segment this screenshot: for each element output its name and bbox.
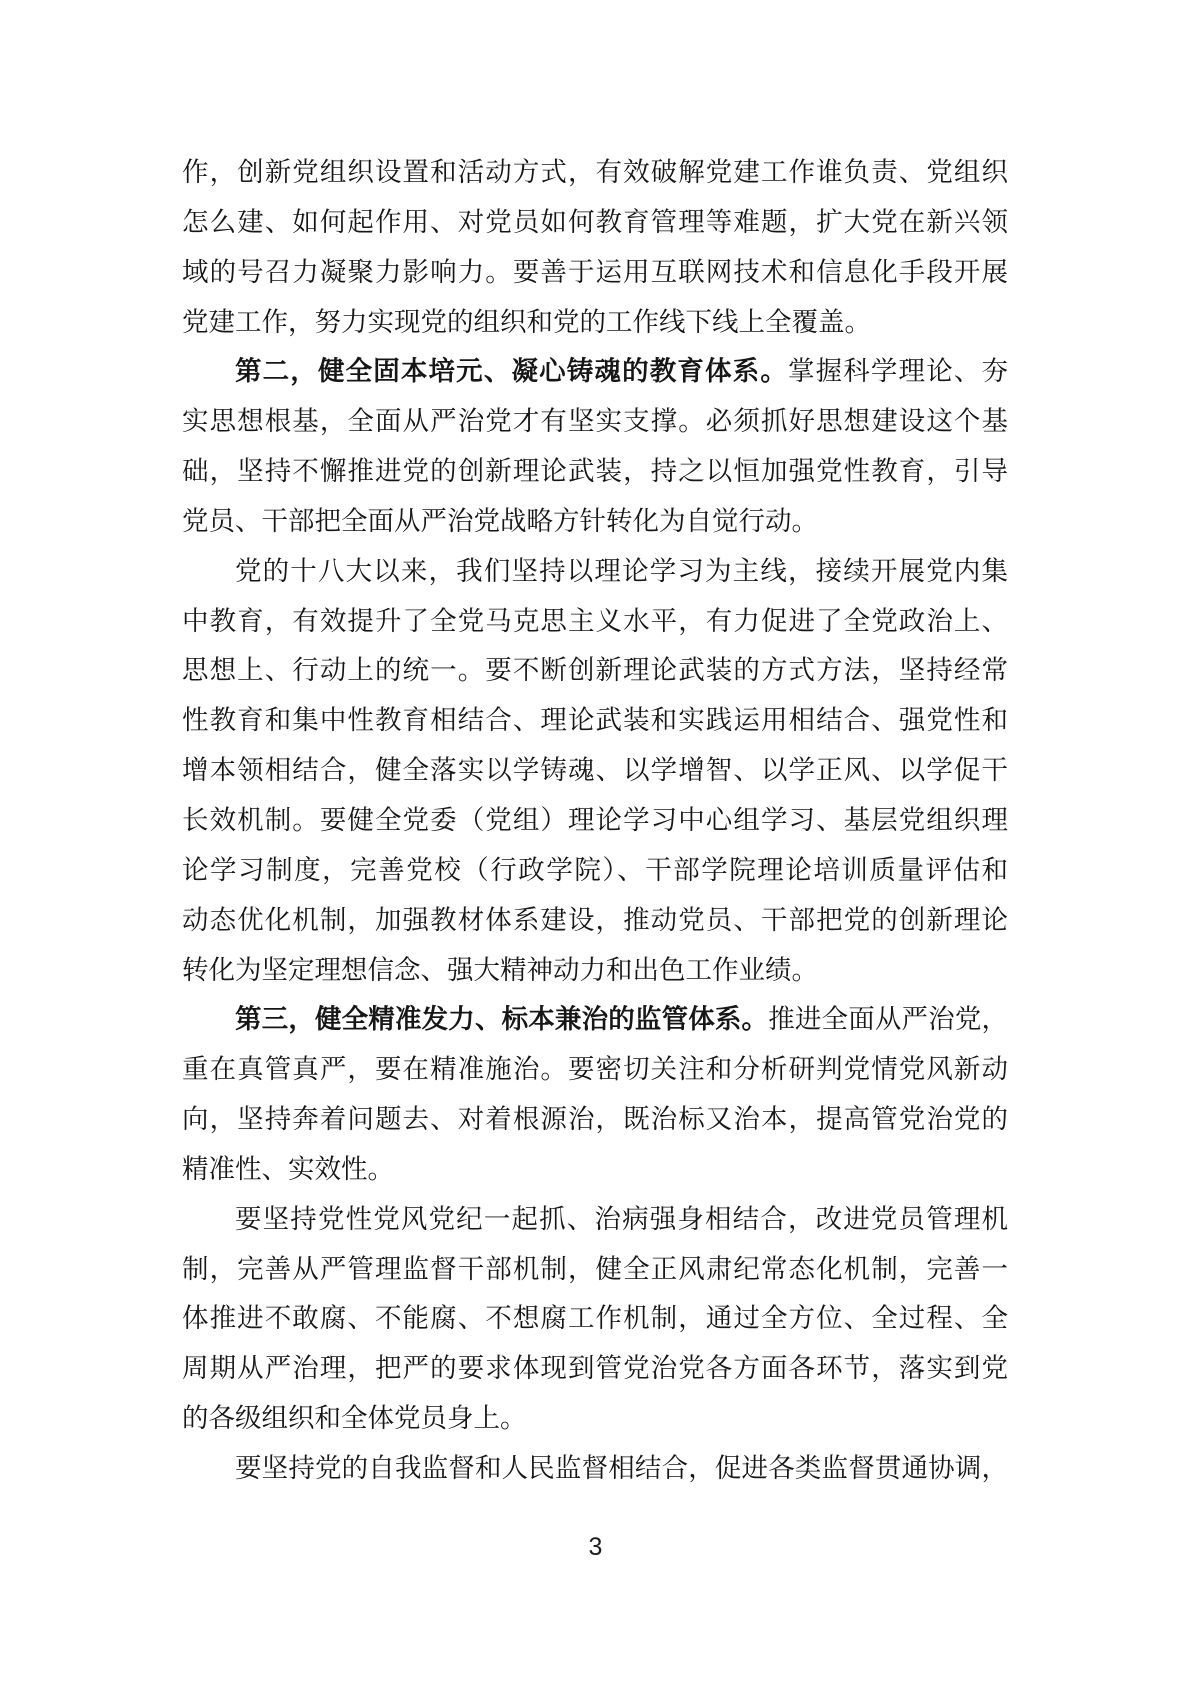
document-body: 作，创新党组织设置和活动方式，有效破解党建工作谁负责、党组织怎么建、如何起作用、…: [182, 148, 1008, 1494]
body-text-run: 体推进不敢腐、不能腐、不想腐工作机制，通过全方位、全过程、全: [182, 1303, 1008, 1333]
body-text-run: 域的号召力凝聚力影响力。要善于运用互联网技术和信息化手段开展: [182, 257, 1008, 287]
body-text-run: 要坚持党性党风党纪一起抓、治病强身相结合，改进党员管理机: [235, 1204, 1008, 1234]
body-text-run: 推进全面从严治党，: [768, 1004, 1008, 1034]
body-text-run: 转化为坚定理想信念、强大精神动力和出色工作业绩。: [182, 955, 818, 985]
text-line: 向，坚持奔着问题去、对着根源治，既治标又治本，提高管党治党的: [182, 1095, 1008, 1145]
body-text-run: 怎么建、如何起作用、对党员如何教育管理等难题，扩大党在新兴领: [182, 207, 1008, 237]
text-line: 周期从严治理，把严的要求体现到管党治党各方面各环节，落实到党: [182, 1344, 1008, 1394]
text-line: 第二，健全固本培元、凝心铸魂的教育体系。掌握科学理论、夯: [182, 347, 1008, 397]
body-text-run: 增本领相结合，健全落实以学铸魂、以学增智、以学正风、以学促干: [182, 755, 1008, 785]
body-text-run: 作，创新党组织设置和活动方式，有效破解党建工作谁负责、党组织: [182, 157, 1008, 187]
document-page: 作，创新党组织设置和活动方式，有效破解党建工作谁负责、党组织怎么建、如何起作用、…: [0, 0, 1191, 1684]
text-line: 思想上、行动上的统一。要不断创新理论武装的方式方法，坚持经常: [182, 646, 1008, 696]
body-text-run: 长效机制。要健全党委（党组）理论学习中心组学习、基层党组织理: [182, 805, 1008, 835]
body-text-run: 实思想根基，全面从严治党才有坚实支撑。必须抓好思想建设这个基: [182, 406, 1008, 436]
text-line: 作，创新党组织设置和活动方式，有效破解党建工作谁负责、党组织: [182, 148, 1008, 198]
text-line: 转化为坚定理想信念、强大精神动力和出色工作业绩。: [182, 946, 1008, 996]
text-line: 性教育和集中性教育相结合、理论武装和实践运用相结合、强党性和: [182, 696, 1008, 746]
body-text-run: 动态优化机制，加强教材体系建设，推动党员、干部把党的创新理论: [182, 905, 1008, 935]
body-text-run: 党的十八大以来，我们坚持以理论学习为主线，接续开展党内集: [235, 556, 1008, 586]
page-number: 3: [0, 1530, 1191, 1564]
text-line: 增本领相结合，健全落实以学铸魂、以学增智、以学正风、以学促干: [182, 746, 1008, 796]
text-line: 动态优化机制，加强教材体系建设，推动党员、干部把党的创新理论: [182, 896, 1008, 946]
text-line: 重在真管真严，要在精准施治。要密切关注和分析研判党情党风新动: [182, 1045, 1008, 1095]
text-line: 长效机制。要健全党委（党组）理论学习中心组学习、基层党组织理: [182, 796, 1008, 846]
text-line: 中教育，有效提升了全党马克思主义水平，有力促进了全党政治上、: [182, 597, 1008, 647]
text-line: 制，完善从严管理监督干部机制，健全正风肃纪常态化机制，完善一: [182, 1245, 1008, 1295]
text-line: 体推进不敢腐、不能腐、不想腐工作机制，通过全方位、全过程、全: [182, 1294, 1008, 1344]
text-line: 党建工作，努力实现党的组织和党的工作线下线上全覆盖。: [182, 298, 1008, 348]
text-line: 域的号召力凝聚力影响力。要善于运用互联网技术和信息化手段开展: [182, 248, 1008, 298]
body-text-run: 的各级组织和全体党员身上。: [182, 1403, 527, 1433]
body-text-run: 党员、干部把全面从严治党战略方针转化为自觉行动。: [182, 506, 818, 536]
body-text-run: 要坚持党的自我监督和人民监督相结合，促进各类监督贯通协调，: [235, 1453, 1008, 1483]
heading-text-run: 第二，健全固本培元、凝心铸魂的教育体系。: [235, 356, 788, 386]
text-line: 怎么建、如何起作用、对党员如何教育管理等难题，扩大党在新兴领: [182, 198, 1008, 248]
body-text-run: 掌握科学理论、夯: [788, 356, 1008, 386]
body-text-run: 论学习制度，完善党校（行政学院）、干部学院理论培训质量评估和: [182, 855, 1008, 885]
text-line: 党员、干部把全面从严治党战略方针转化为自觉行动。: [182, 497, 1008, 547]
body-text-run: 性教育和集中性教育相结合、理论武装和实践运用相结合、强党性和: [182, 705, 1008, 735]
text-line: 要坚持党性党风党纪一起抓、治病强身相结合，改进党员管理机: [182, 1195, 1008, 1245]
body-text-run: 重在真管真严，要在精准施治。要密切关注和分析研判党情党风新动: [182, 1054, 1008, 1084]
body-text-run: 中教育，有效提升了全党马克思主义水平，有力促进了全党政治上、: [182, 606, 1008, 636]
body-text-run: 周期从严治理，把严的要求体现到管党治党各方面各环节，落实到党: [182, 1353, 1008, 1383]
text-line: 党的十八大以来，我们坚持以理论学习为主线，接续开展党内集: [182, 547, 1008, 597]
text-line: 第三，健全精准发力、标本兼治的监管体系。推进全面从严治党，: [182, 995, 1008, 1045]
body-text-run: 制，完善从严管理监督干部机制，健全正风肃纪常态化机制，完善一: [182, 1254, 1008, 1284]
text-line: 要坚持党的自我监督和人民监督相结合，促进各类监督贯通协调，: [182, 1444, 1008, 1494]
body-text-run: 党建工作，努力实现党的组织和党的工作线下线上全覆盖。: [182, 307, 871, 337]
body-text-run: 精准性、实效性。: [182, 1154, 394, 1184]
text-line: 论学习制度，完善党校（行政学院）、干部学院理论培训质量评估和: [182, 846, 1008, 896]
body-text-run: 思想上、行动上的统一。要不断创新理论武装的方式方法，坚持经常: [182, 655, 1008, 685]
body-text-run: 向，坚持奔着问题去、对着根源治，既治标又治本，提高管党治党的: [182, 1104, 1008, 1134]
heading-text-run: 第三，健全精准发力、标本兼治的监管体系。: [235, 1004, 768, 1034]
text-line: 础，坚持不懈推进党的创新理论武装，持之以恒加强党性教育，引导: [182, 447, 1008, 497]
text-line: 实思想根基，全面从严治党才有坚实支撑。必须抓好思想建设这个基: [182, 397, 1008, 447]
body-text-run: 础，坚持不懈推进党的创新理论武装，持之以恒加强党性教育，引导: [182, 456, 1008, 486]
text-line: 的各级组织和全体党员身上。: [182, 1394, 1008, 1444]
text-line: 精准性、实效性。: [182, 1145, 1008, 1195]
